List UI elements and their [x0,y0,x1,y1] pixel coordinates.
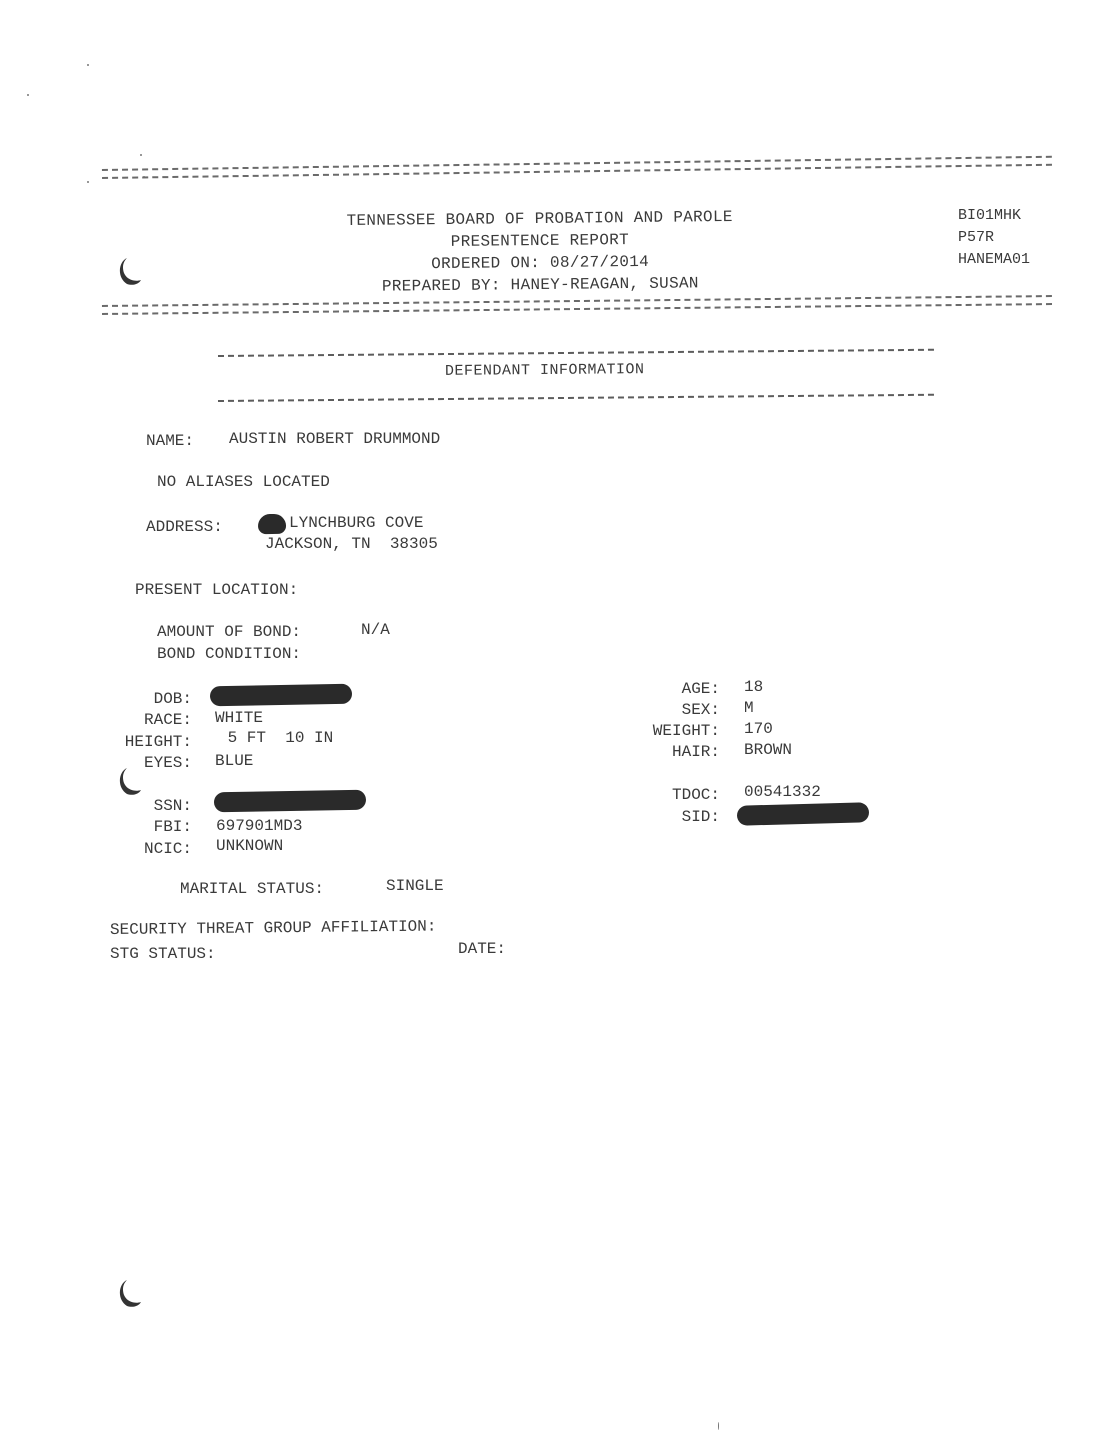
hair-value: BROWN [744,741,792,759]
marital-status-label: MARITAL STATUS: [180,880,324,898]
ssn-label: SSN: [100,797,192,815]
weight-label: WEIGHT: [620,722,720,740]
scan-speck [718,1422,719,1430]
bond-amount-label: AMOUNT OF BOND: [157,623,301,641]
bond-condition-label: BOND CONDITION: [157,645,301,663]
tdoc-label: TDOC: [620,786,720,804]
ncic-label: NCIC: [100,840,192,858]
prepared-by: PREPARED BY: HANEY-REAGAN, SUSAN [290,271,790,298]
scan-speck [87,181,89,183]
scanned-document-page: TENNESSEE BOARD OF PROBATION AND PAROLE … [0,0,1101,1456]
report-header: TENNESSEE BOARD OF PROBATION AND PAROLE … [290,205,791,298]
header-bottom-rule [102,295,1052,315]
section-bottom-rule [218,394,934,402]
height-value: 5 FT 10 IN [218,729,333,747]
stg-status-label: STG STATUS: [110,945,216,963]
name-label: NAME: [146,432,194,450]
sex-label: SEX: [620,701,720,719]
hole-punch-icon [113,256,143,286]
eyes-label: EYES: [100,754,192,772]
address-line-2: JACKSON, TN 38305 [265,535,438,553]
hair-label: HAIR: [620,743,720,761]
report-code: P57R [958,227,1030,249]
section-title: DEFENDANT INFORMATION [445,361,645,380]
dob-redaction [210,684,352,706]
age-value: 18 [744,678,763,696]
bond-amount-value: N/A [361,621,390,639]
fbi-label: FBI: [100,818,192,836]
tdoc-value: 00541332 [744,783,821,801]
ncic-value: UNKNOWN [216,837,283,855]
section-top-rule [218,349,934,357]
fbi-value: 697901MD3 [216,817,302,835]
race-value: WHITE [215,709,263,727]
eyes-value: BLUE [215,752,253,770]
ssn-redaction [214,790,366,813]
hole-punch-icon [113,1278,143,1308]
stg-affiliation-label: SECURITY THREAT GROUP AFFILIATION: [110,918,437,939]
report-code: HANEMA01 [958,249,1030,271]
weight-value: 170 [744,720,773,738]
aliases-text: NO ALIASES LOCATED [157,473,330,491]
height-label: HEIGHT: [100,733,192,751]
header-top-rule [102,156,1052,179]
age-label: AGE: [620,680,720,698]
sex-value: M [744,699,754,717]
sid-label: SID: [620,808,720,826]
race-label: RACE: [100,711,192,729]
report-code: BI01MHK [958,205,1030,227]
scan-speck [27,94,29,96]
report-codes: BI01MHK P57R HANEMA01 [958,205,1030,271]
scan-speck [140,154,142,156]
address-label: ADDRESS: [146,518,223,536]
stg-date-label: DATE: [458,940,506,958]
marital-status-value: SINGLE [386,877,444,895]
sid-redaction [737,802,869,825]
scan-speck [87,64,89,66]
defendant-name: AUSTIN ROBERT DRUMMOND [229,430,440,448]
address-line-1: LYNCHBURG COVE [289,514,423,532]
present-location-label: PRESENT LOCATION: [135,581,298,599]
dob-label: DOB: [100,690,192,708]
address-number-redaction [258,514,286,534]
